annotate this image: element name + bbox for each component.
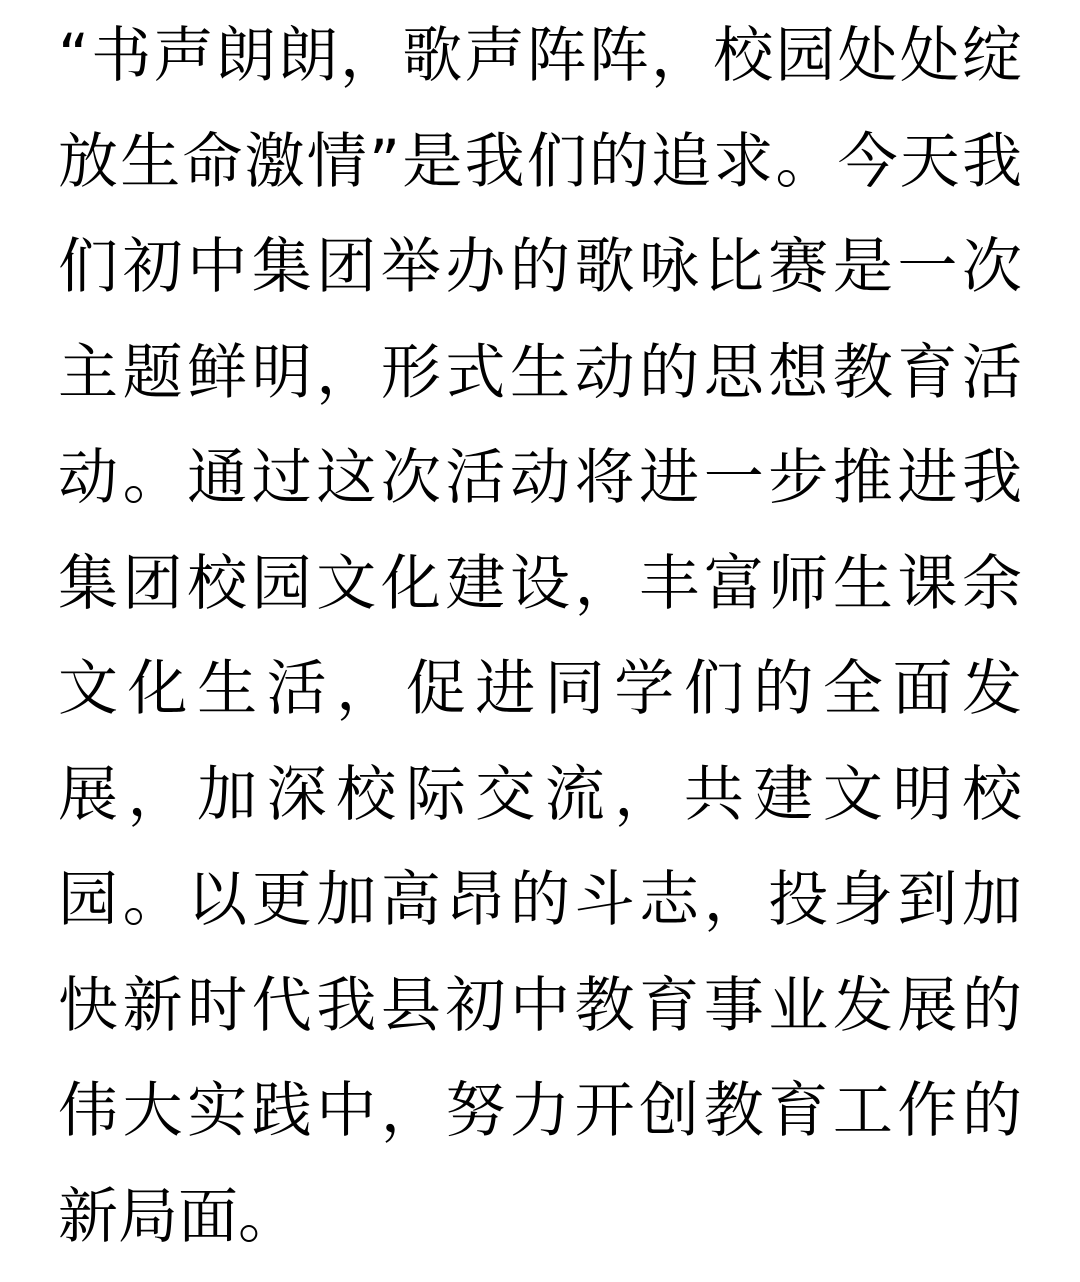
text-line: 展，加深校际交流，共建文明校 [58,743,1022,849]
text-line: 集团校园文化建设，丰富师生课余 [58,532,1022,638]
text-line: “书声朗朗，歌声阵阵，校园处处绽 [58,4,1022,110]
text-line: 园。以更加高昂的斗志，投身到加 [58,848,1022,954]
text-line: 们初中集团举办的歌咏比赛是一次 [58,215,1022,321]
text-line: 放生命激情”是我们的追求。今天我 [58,110,1022,216]
text-line: 伟大实践中，努力开创教育工作的 [58,1059,1022,1165]
text-line: 动。通过这次活动将进一步推进我 [58,426,1022,532]
text-line: 快新时代我县初中教育事业发展的 [58,954,1022,1060]
text-line: 主题鲜明，形式生动的思想教育活 [58,321,1022,427]
text-line-last: 新局面。 [58,1165,1022,1271]
text-line: 文化生活，促进同学们的全面发 [58,637,1022,743]
article-body: “书声朗朗，歌声阵阵，校园处处绽 放生命激情”是我们的追求。今天我 们初中集团举… [58,4,1022,1270]
